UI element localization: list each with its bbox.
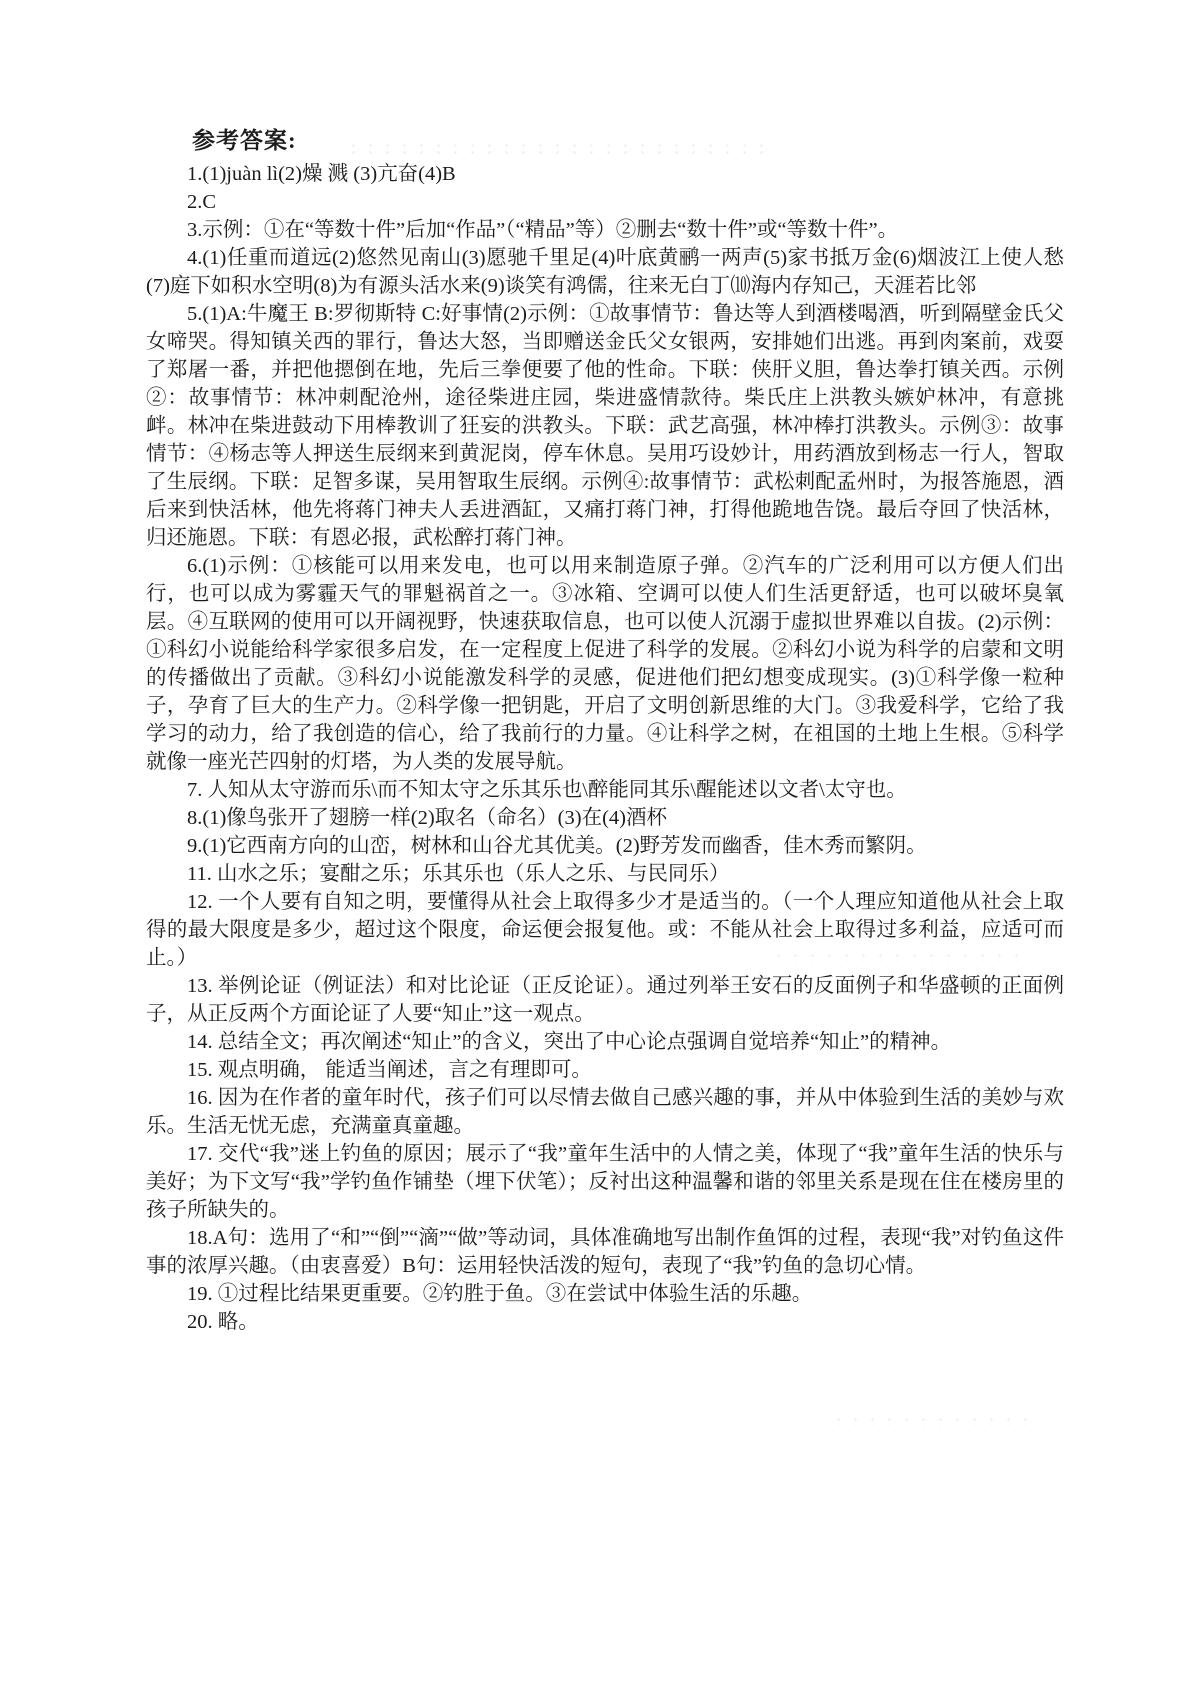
answer-key-content: 参考答案: 1.(1)juàn lì(2)燥 溅 (3)亢奋(4)B 2.C 3… [146, 126, 1064, 1336]
scan-artifact [830, 1416, 1040, 1426]
answer-q5: 5.(1)A:牛魔王 B:罗彻斯特 C:好事情(2)示例：①故事情节：鲁达等人到… [146, 300, 1064, 552]
answer-q1: 1.(1)juàn lì(2)燥 溅 (3)亢奋(4)B [146, 160, 1064, 188]
answer-q16: 16. 因为在作者的童年时代，孩子们可以尽情去做自己感兴趣的事，并从中体验到生活… [146, 1084, 1064, 1140]
answer-q14: 14. 总结全文；再次阐述“知止”的含义，突出了中心论点强调自觉培养“知止”的精… [146, 1028, 1064, 1056]
answer-q18: 18.A句：选用了“和”“倒”“滴”“做”等动词，具体准确地写出制作鱼饵的过程，… [146, 1224, 1064, 1280]
answer-q13: 13. 举例论证（例证法）和对比论证（正反论证）。通过列举王安石的反面例子和华盛… [146, 972, 1064, 1028]
answer-q11: 11. 山水之乐；宴酣之乐；乐其乐也（乐人之乐、与民同乐） [146, 860, 1064, 888]
answer-q19: 19. ①过程比结果更重要。②钓胜于鱼。③在尝试中体验生活的乐趣。 [146, 1280, 1064, 1308]
answer-q8: 8.(1)像鸟张开了翅膀一样(2)取名（命名）(3)在(4)酒杯 [146, 804, 1064, 832]
answer-q3: 3.示例：①在“等数十件”后加“作品”（“精品”等）②删去“数十件”或“等数十件… [146, 216, 1064, 244]
answer-q4: 4.(1)任重而道远(2)悠然见南山(3)愿驰千里足(4)叶底黄鹂一两声(5)家… [146, 244, 1064, 300]
document-title: 参考答案: [146, 126, 1064, 156]
answer-q2: 2.C [146, 188, 1064, 216]
answer-q17: 17. 交代“我”迷上钓鱼的原因；展示了“我”童年生活中的人情之美，体现了“我”… [146, 1140, 1064, 1224]
answer-q9: 9.(1)它西南方向的山峦，树林和山谷尤其优美。(2)野芳发而幽香，佳木秀而繁阴… [146, 832, 1064, 860]
answer-q6: 6.(1)示例：①核能可以用来发电，也可以用来制造原子弹。②汽车的广泛利用可以方… [146, 552, 1064, 776]
answer-q15: 15. 观点明确， 能适当阐述，言之有理即可。 [146, 1056, 1064, 1084]
answer-q12: 12. 一个人要有自知之明，要懂得从社会上取得多少才是适当的。（一个人理应知道他… [146, 888, 1064, 972]
scanned-document-page: 参考答案: 1.(1)juàn lì(2)燥 溅 (3)亢奋(4)B 2.C 3… [0, 0, 1200, 1698]
answer-q7: 7. 人知从太守游而乐\而不知太守之乐其乐也\醉能同其乐\醒能述以文者\太守也。 [146, 776, 1064, 804]
answer-q20: 20. 略。 [146, 1308, 1064, 1336]
